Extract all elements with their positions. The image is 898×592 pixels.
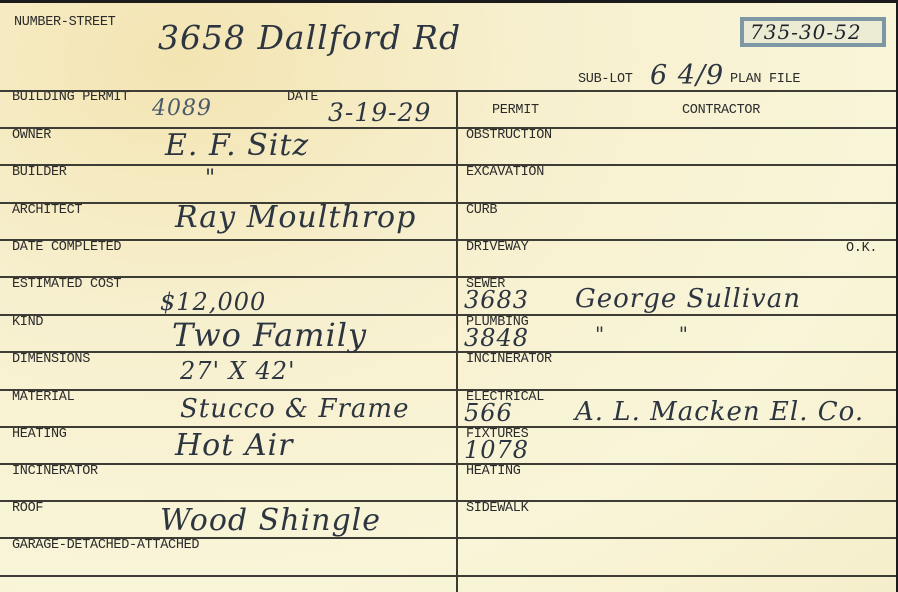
field-label: DATE COMPLETED [12, 240, 121, 255]
contractor-name: George Sullivan [575, 284, 801, 314]
sub-lot-value: 6 4/9 [650, 60, 724, 91]
ruled-line [0, 202, 898, 204]
permit-type-label: CURB [466, 203, 497, 218]
field-value: E. F. Sitz [165, 128, 309, 163]
contractor-column-header: CONTRACTOR [682, 103, 760, 118]
permit-type-label: EXCAVATION [466, 165, 544, 180]
field-label: BUILDER [12, 165, 67, 180]
field-label: HEATING [12, 427, 67, 442]
field-value: Ray Moulthrop [175, 200, 416, 235]
field-value: " [205, 166, 216, 191]
driveway-note: O.K. [846, 241, 877, 256]
field-value: Hot Air [175, 428, 293, 463]
file-number-value: 735-30-52 [750, 20, 862, 44]
ruled-line [0, 575, 898, 577]
permit-type-label: INCINERATOR [466, 352, 552, 367]
field-label: MATERIAL [12, 390, 74, 405]
field-label: ROOF [12, 501, 43, 516]
permit-type-label: OBSTRUCTION [466, 128, 552, 143]
plan-file-label: PLAN FILE [730, 72, 800, 87]
ruled-line [0, 351, 898, 353]
permit-number: 3683 [464, 286, 529, 314]
contractor-name: " " [595, 322, 689, 346]
ruled-line [0, 314, 898, 316]
ruled-line [0, 500, 898, 502]
ruled-line [0, 90, 898, 92]
field-label: GARAGE-DETACHED-ATTACHED [12, 538, 199, 553]
field-label: INCINERATOR [12, 464, 98, 479]
ruled-line [0, 239, 898, 241]
permit-number: 1078 [464, 436, 529, 464]
number-street-value: 3658 Dallford Rd [158, 18, 461, 57]
field-label: DIMENSIONS [12, 352, 90, 367]
date-label: DATE [287, 90, 318, 105]
ruled-line [0, 164, 898, 166]
ruled-line [0, 463, 898, 465]
permit-type-label: HEATING [466, 464, 521, 479]
field-value: $12,000 [160, 288, 266, 316]
ruled-line [0, 276, 898, 278]
field-value: 27' X 42' [180, 357, 296, 385]
permit-number: 566 [464, 399, 513, 427]
number-street-label: NUMBER-STREET [14, 15, 115, 30]
building-permit-label: BUILDING PERMIT [12, 90, 129, 105]
permit-type-label: DRIVEWAY [466, 240, 528, 255]
field-label: KIND [12, 315, 43, 330]
ruled-line [0, 127, 898, 129]
permit-column-header: PERMIT [492, 103, 539, 118]
field-label: ESTIMATED COST [12, 277, 121, 292]
column-divider [456, 90, 458, 592]
permit-type-label: SIDEWALK [466, 501, 528, 516]
field-label: ARCHITECT [12, 203, 82, 218]
permit-number: 3848 [464, 324, 529, 352]
contractor-name: A. L. Macken El. Co. [575, 397, 864, 427]
sub-lot-label: SUB-LOT [578, 72, 633, 87]
field-value: Wood Shingle [160, 503, 381, 538]
file-number-stamp: 735-30-52 [740, 17, 886, 47]
field-value: Stucco & Frame [180, 394, 409, 424]
field-label: OWNER [12, 128, 51, 143]
building-permit-value: 4089 [152, 96, 212, 121]
ruled-line [0, 389, 898, 391]
date-value: 3-19-29 [328, 98, 431, 127]
permit-card: NUMBER-STREET 3658 Dallford Rd 735-30-52… [0, 0, 898, 592]
field-value: Two Family [172, 316, 367, 354]
